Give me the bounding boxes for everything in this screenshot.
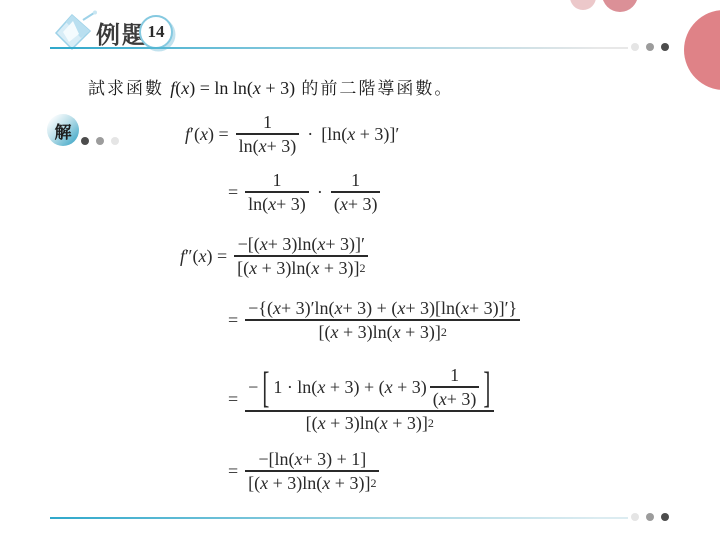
- fraction-numerator: 1: [348, 170, 363, 191]
- fraction-denominator: ln(x + 3): [245, 194, 309, 215]
- footer-dots: [631, 513, 669, 521]
- solution-badge-dots: [81, 137, 119, 145]
- fraction-bar: [245, 470, 379, 471]
- fraction-denominator: (x + 3): [331, 194, 381, 215]
- fraction-numerator: −[ln(x + 3) + 1]: [255, 449, 369, 470]
- dot: [81, 137, 89, 145]
- decor-pink-circle-small: [570, 0, 596, 10]
- fraction-bar: [430, 386, 480, 387]
- dot: [96, 137, 104, 145]
- fraction: 1 ln(x + 3): [245, 170, 309, 215]
- fraction-bar: [245, 410, 494, 411]
- nested-fraction: 1 (x + 3): [430, 365, 480, 410]
- problem-statement: 試求函數 f(x) = ln ln(x + 3) 的前二階導函數。: [88, 74, 453, 99]
- equation-line-3: f″(x) = −[(x + 3)ln(x + 3)]′ [(x + 3)ln(…: [180, 229, 368, 283]
- fraction: − [ 1 · ln(x + 3) + (x + 3) 1 (x + 3) ] …: [245, 365, 494, 434]
- minus-sign: −: [248, 377, 258, 398]
- problem-function: f(x) = ln ln(x + 3): [170, 78, 295, 98]
- eq3-lhs: f″(x) =: [180, 246, 227, 267]
- equation-line-1: f′(x) = 1 ln(x + 3) · [ln(x + 3)]′: [185, 110, 399, 158]
- fraction: −[ln(x + 3) + 1] [(x + 3)ln(x + 3)]2: [245, 449, 379, 494]
- eq1-tail: [ln(x + 3)]′: [321, 124, 399, 145]
- decor-pink-circle-large: [684, 10, 720, 90]
- dot: [631, 43, 639, 51]
- fraction-bar: [236, 133, 300, 134]
- fraction: 1 (x + 3): [331, 170, 381, 215]
- fraction-denominator: [(x + 3)ln(x + 3)]2: [234, 258, 368, 279]
- equation-line-5: = − [ 1 · ln(x + 3) + (x + 3) 1 (x + 3) …: [228, 358, 494, 440]
- fraction-numerator: 1: [269, 170, 284, 191]
- fraction-denominator: ln(x + 3): [236, 136, 300, 157]
- fraction: 1 ln(x + 3): [236, 112, 300, 157]
- fraction-bar: [331, 191, 381, 192]
- equation-line-2: = 1 ln(x + 3) · 1 (x + 3): [228, 167, 380, 217]
- equation-line-6: = −[ln(x + 3) + 1] [(x + 3)ln(x + 3)]2: [228, 443, 379, 499]
- equals-sign: =: [228, 182, 238, 203]
- fraction-numerator: 1: [447, 365, 462, 386]
- fraction-denominator: [(x + 3)ln(x + 3)]2: [245, 473, 379, 494]
- slide: 例題 14 試求函數 f(x) = ln ln(x + 3) 的前二階導函數。 …: [0, 0, 720, 540]
- fraction-denominator: [(x + 3)ln(x + 3)]2: [316, 322, 450, 343]
- problem-text-suffix: 的前二階導函數。: [295, 79, 453, 98]
- fraction-numerator: 1: [260, 112, 275, 133]
- dot: [111, 137, 119, 145]
- fraction-bar: [234, 255, 368, 256]
- fraction-bar: [245, 191, 309, 192]
- problem-text-prefix: 試求函數: [88, 79, 170, 98]
- equals-sign: =: [228, 461, 238, 482]
- eq1-lhs: f′(x) =: [185, 124, 229, 145]
- fraction: −{(x + 3)′ln(x + 3) + (x + 3)[ln(x + 3)]…: [245, 298, 520, 343]
- footer-line: [50, 517, 628, 519]
- dot: [646, 513, 654, 521]
- dot: [661, 513, 669, 521]
- decor-pink-circle-medium: [602, 0, 638, 12]
- left-bracket: [: [261, 362, 270, 411]
- equals-sign: =: [228, 310, 238, 331]
- eq5-inner: 1 · ln(x + 3) + (x + 3): [273, 377, 426, 398]
- header-dots: [631, 43, 669, 51]
- fraction-denominator: (x + 3): [430, 389, 480, 410]
- right-bracket: ]: [482, 362, 491, 411]
- fraction-numerator: − [ 1 · ln(x + 3) + (x + 3) 1 (x + 3) ]: [245, 365, 494, 410]
- equation-line-4: = −{(x + 3)′ln(x + 3) + (x + 3)[ln(x + 3…: [228, 291, 520, 349]
- fraction-numerator: −{(x + 3)′ln(x + 3) + (x + 3)[ln(x + 3)]…: [245, 298, 520, 319]
- dot: [661, 43, 669, 51]
- dot: [646, 43, 654, 51]
- dot: [631, 513, 639, 521]
- fraction-numerator: −[(x + 3)ln(x + 3)]′: [235, 234, 368, 255]
- fraction: −[(x + 3)ln(x + 3)]′ [(x + 3)ln(x + 3)]2: [234, 234, 368, 279]
- title-underline: [50, 47, 628, 49]
- multiplication-dot: ·: [316, 182, 324, 203]
- title-number-badge: 14: [139, 15, 173, 49]
- equals-sign: =: [228, 389, 238, 410]
- multiplication-dot: ·: [306, 124, 314, 145]
- fraction-denominator: [(x + 3)ln(x + 3)]2: [303, 413, 437, 434]
- solution-badge: 解: [47, 114, 79, 146]
- fraction-bar: [245, 319, 520, 320]
